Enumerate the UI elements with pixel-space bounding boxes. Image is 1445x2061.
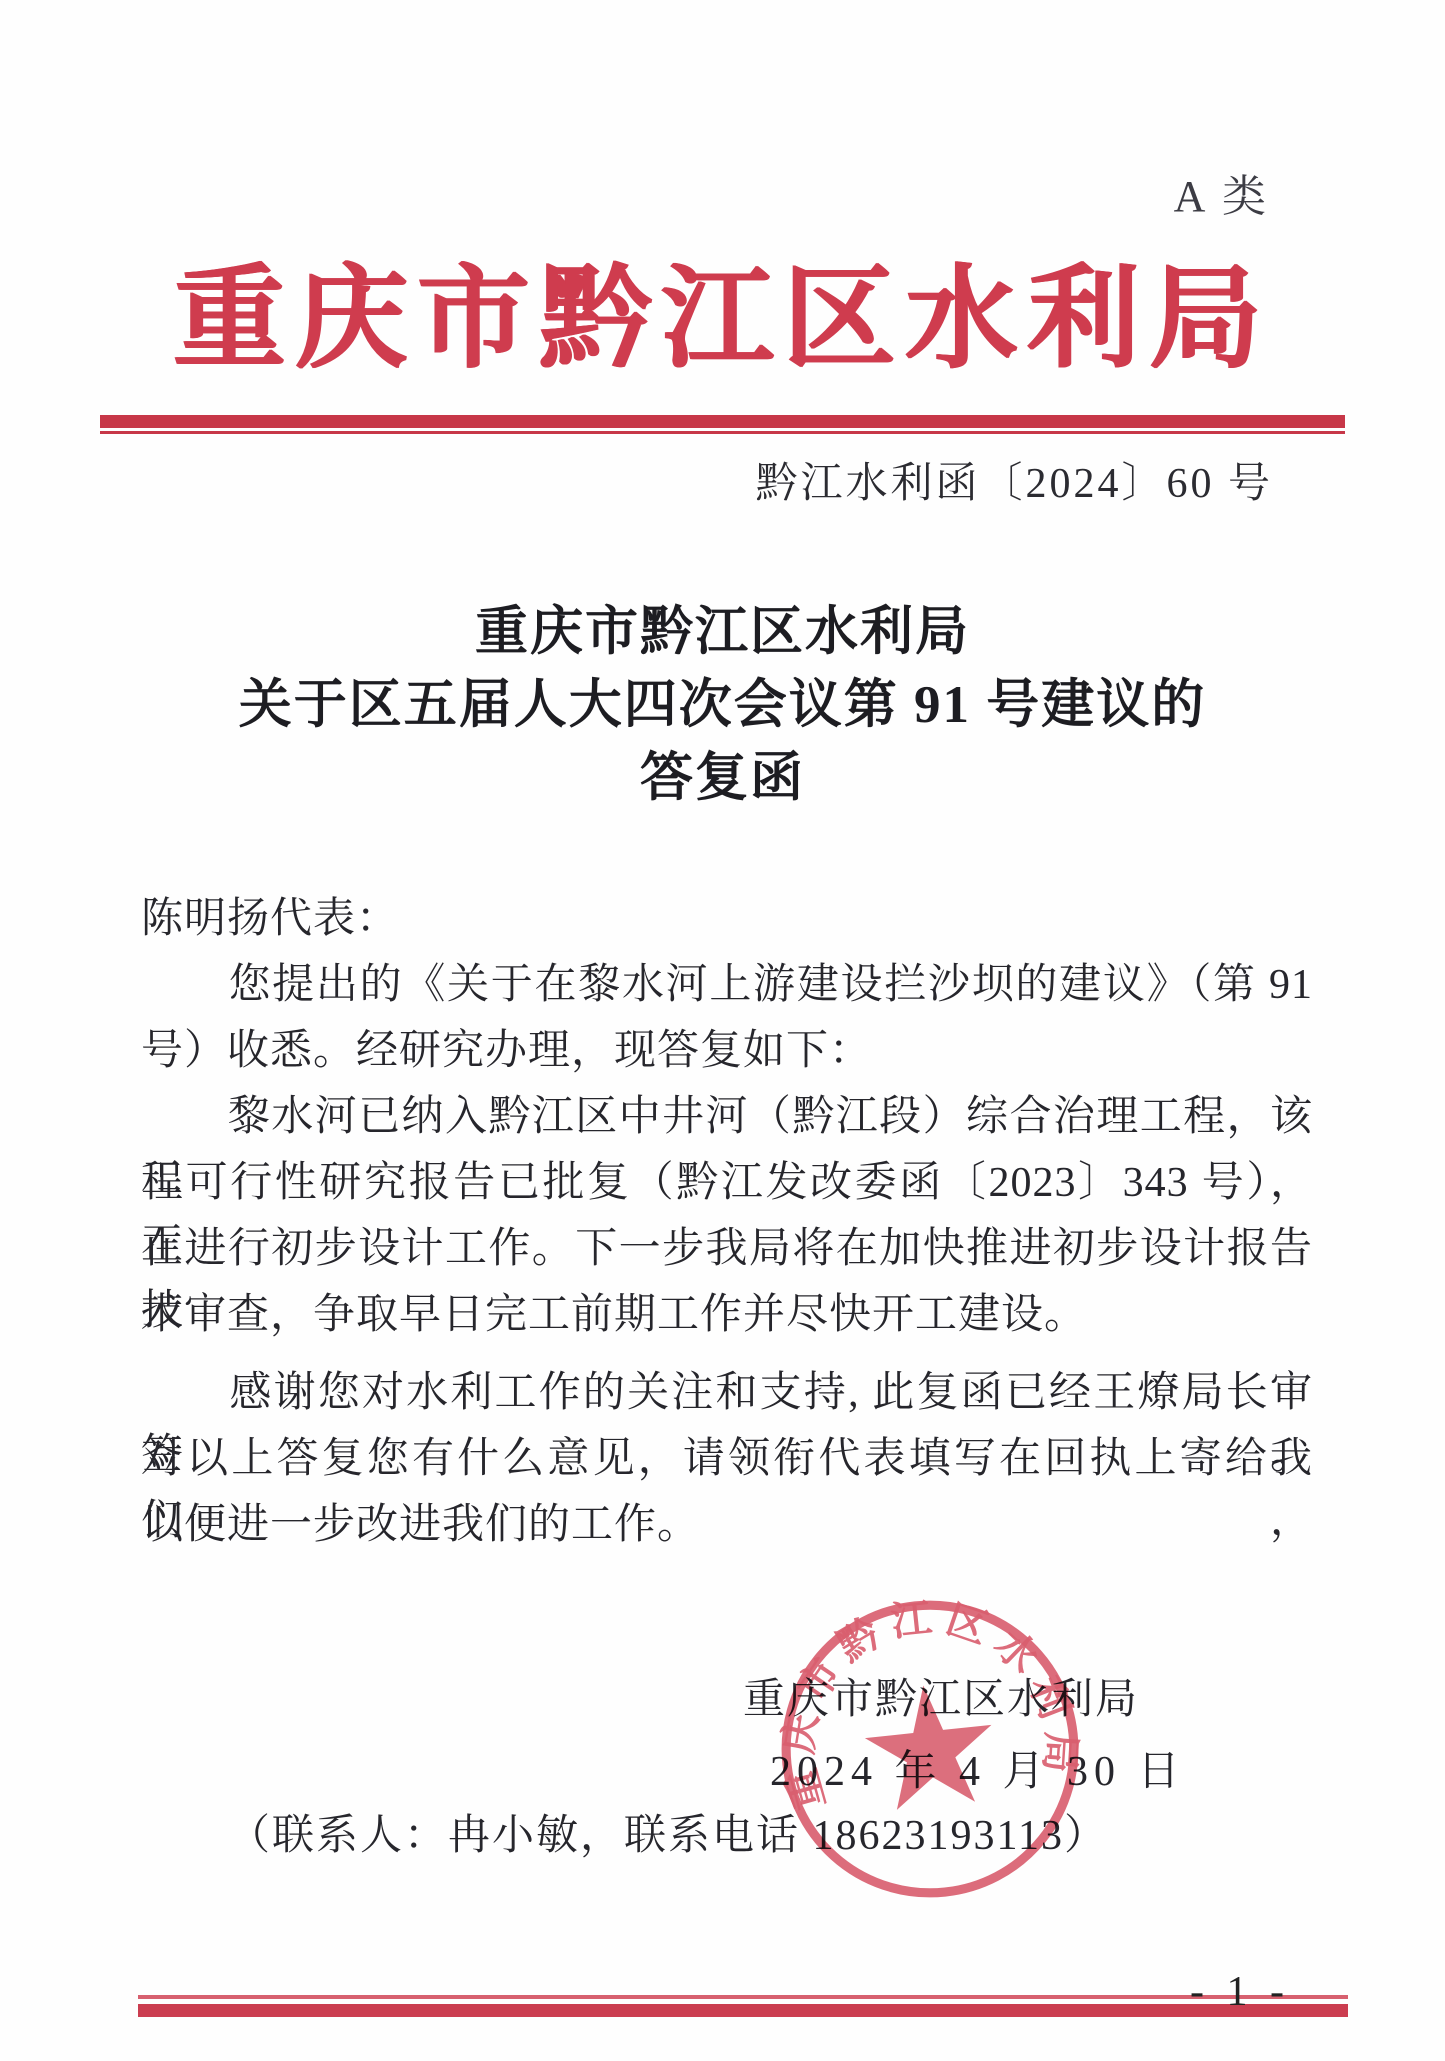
document-title: 重庆市黔江区水利局 关于区五届人大四次会议第 91 号建议的 答复函 <box>0 596 1445 815</box>
document-title-line-1: 重庆市黔江区水利局 <box>0 596 1445 669</box>
classification-mark: A 类 <box>1174 160 1270 224</box>
body-line: 程可行性研究报告已批复（黔江发改委函〔2023〕343 号），正 <box>141 1152 1313 1218</box>
salutation: 陈明扬代表： <box>141 888 1313 954</box>
document-number: 黔江水利函〔2024〕60 号 <box>755 450 1273 510</box>
body-line: 感谢您对水利工作的关注和支持, 此复函已经王燎局长审签。 <box>141 1362 1313 1428</box>
body-line: 术审查，争取早日完工前期工作并尽快开工建设。 <box>141 1284 1313 1350</box>
page-number: - 1 - <box>1190 1968 1290 2016</box>
scanned-official-letter: A 类 重庆市黔江区水利局 黔江水利函〔2024〕60 号 重庆市黔江区水利局 … <box>0 0 1445 2061</box>
official-seal: 重庆市黔江区水利局 <box>760 1579 1101 1920</box>
agency-masthead: 重庆市黔江区水利局 <box>0 248 1445 394</box>
masthead-rule-thin <box>100 431 1345 434</box>
body-line: 在进行初步设计工作。下一步我局将在加快推进初步设计报告技 <box>141 1218 1313 1284</box>
footer-rule-thin <box>138 1995 1348 1999</box>
seal-star-icon <box>860 1679 999 1813</box>
document-title-line-3: 答复函 <box>0 742 1445 815</box>
body-line: 对以上答复您有什么意见，请领衔代表填写在回执上寄给我们， <box>141 1428 1313 1494</box>
document-title-line-2: 关于区五届人大四次会议第 91 号建议的 <box>0 669 1445 742</box>
body-line: 黎水河已纳入黔江区中井河（黔江段）综合治理工程，该工 <box>141 1086 1313 1152</box>
body-line: 您提出的《关于在黎水河上游建设拦沙坝的建议》（第 91 <box>141 954 1313 1020</box>
masthead-rule-thick <box>100 415 1345 428</box>
paragraph-gap <box>141 1350 1313 1362</box>
footer-rule-thick <box>138 2004 1348 2017</box>
letter-body: 陈明扬代表： 您提出的《关于在黎水河上游建设拦沙坝的建议》（第 91 号）收悉。… <box>141 888 1313 1560</box>
body-line: 号）收悉。经研究办理，现答复如下： <box>141 1020 1313 1086</box>
